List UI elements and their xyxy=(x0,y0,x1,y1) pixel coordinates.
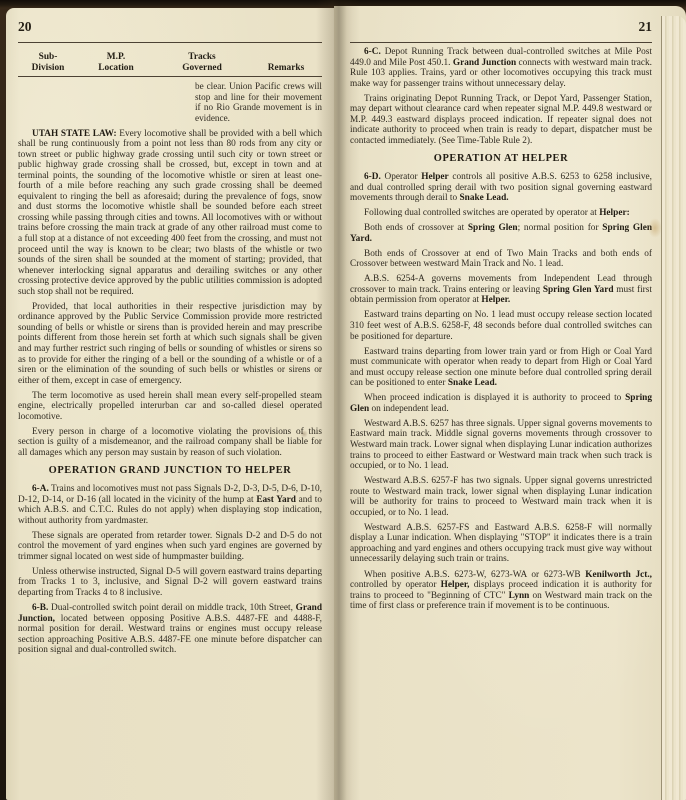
paragraph: 6-C. Depot Running Track between dual-co… xyxy=(350,47,652,89)
paragraph: Unless otherwise instructed, Signal D-5 … xyxy=(18,567,322,599)
paragraph: Provided, that local authorities in thei… xyxy=(18,302,322,386)
column-header-text: Governed xyxy=(154,63,250,74)
table-header-rule xyxy=(18,76,322,77)
column-header-mp-location: M.P. Location xyxy=(78,52,154,73)
body-text: on independent lead. xyxy=(369,404,449,414)
body-text: ; normal position for xyxy=(518,223,603,233)
body-text: located between opposing Positive A.B.S.… xyxy=(18,614,322,656)
body-text: Operator xyxy=(381,172,422,182)
body-text: Westward A.B.S. 6257-F has two signals. … xyxy=(350,476,652,518)
paragraph: Eastward trains departing on No. 1 lead … xyxy=(350,310,652,342)
paragraph: Every person in charge of a locomotive v… xyxy=(18,427,322,459)
bold-text: East Yard xyxy=(256,495,296,505)
bold-text: Grand Junction xyxy=(453,58,516,68)
body-text: Both ends of Crossover at end of Two Mai… xyxy=(350,249,652,270)
body-text: Unless otherwise instructed, Signal D-5 … xyxy=(18,567,322,598)
body-text: Following dual controlled switches are o… xyxy=(364,208,599,218)
paragraph: Westward A.B.S. 6257-FS and Eastward A.B… xyxy=(350,523,652,565)
bold-text: Helper xyxy=(421,172,448,182)
paragraph: Westward A.B.S. 6257 has three signals. … xyxy=(350,419,652,472)
bold-text: Snake Lead. xyxy=(448,378,497,388)
paragraph: Westward A.B.S. 6257-F has two signals. … xyxy=(350,476,652,518)
body-text: Eastward trains departing from lower tra… xyxy=(350,347,652,389)
section-heading: OPERATION GRAND JUNCTION TO HELPER xyxy=(18,466,322,477)
body-text: Both ends of crossover at xyxy=(364,223,468,233)
column-header-text: Sub- xyxy=(18,52,78,63)
body-text: When positive A.B.S. 6273-W, 6273-WA or … xyxy=(364,570,585,580)
page-left-content: 20 Sub- Division M.P. Location Tracks Go… xyxy=(6,8,334,656)
book-spread: 20 Sub- Division M.P. Location Tracks Go… xyxy=(0,0,686,800)
paragraph: 6-D. Operator Helper controls all positi… xyxy=(350,172,652,204)
bold-text: OPERATION GRAND JUNCTION TO HELPER xyxy=(49,465,292,476)
body-text: Provided, that local authorities in thei… xyxy=(18,302,322,386)
page-right: 21 6-C. Depot Running Track between dual… xyxy=(334,6,686,800)
paragraph: 6-B. Dual-controlled switch point derail… xyxy=(18,603,322,656)
bold-text: 6-A. xyxy=(32,484,49,494)
paragraph: These signals are operated from retarder… xyxy=(18,531,322,563)
bold-text: 6-C. xyxy=(364,47,381,57)
page-header-rule-right xyxy=(350,42,652,43)
paragraph: Eastward trains departing from lower tra… xyxy=(350,347,652,389)
bold-text: Helper, xyxy=(441,580,470,590)
table-header: Sub- Division M.P. Location Tracks Gover… xyxy=(18,52,322,73)
paragraph: Trains originating Depot Running Track, … xyxy=(350,94,652,147)
column-header-remarks: Remarks xyxy=(250,63,322,74)
paragraph: When proceed indication is displayed it … xyxy=(350,393,652,414)
body-text: Westward A.B.S. 6257 has three signals. … xyxy=(350,419,652,471)
bold-text: Helper: xyxy=(599,208,629,218)
body-text: Dual-controlled switch point derail on m… xyxy=(48,603,295,613)
page-body-right: 6-C. Depot Running Track between dual-co… xyxy=(350,47,652,612)
paragraph: The term locomotive as used herein shall… xyxy=(18,391,322,423)
page-body-left: UTAH STATE LAW: Every locomotive shall b… xyxy=(18,129,322,656)
bold-text: Snake Lead. xyxy=(459,193,508,203)
page-number-right: 21 xyxy=(639,19,653,34)
body-text: Eastward trains departing on No. 1 lead … xyxy=(350,310,652,341)
bold-text: 6-B. xyxy=(32,603,48,613)
page-number-left: 20 xyxy=(18,19,32,34)
column-header-text: Remarks xyxy=(250,63,322,74)
bold-text: Helper. xyxy=(481,295,510,305)
page-right-content: 21 6-C. Depot Running Track between dual… xyxy=(334,6,686,612)
page-header-left: 20 xyxy=(18,18,322,40)
body-text: Every locomotive shall be provided with … xyxy=(18,129,322,297)
bold-text: Spring Glen xyxy=(468,223,518,233)
body-text: Every person in charge of a locomotive v… xyxy=(18,427,322,458)
bold-text: 6-D. xyxy=(364,172,381,182)
paragraph: UTAH STATE LAW: Every locomotive shall b… xyxy=(18,129,322,298)
column-header-tracks-governed: Tracks Governed xyxy=(154,52,250,73)
column-header-text: Division xyxy=(18,63,78,74)
bold-text: UTAH STATE LAW: xyxy=(32,129,117,139)
bold-text: Lynn xyxy=(509,591,530,601)
body-text: The term locomotive as used herein shall… xyxy=(18,391,322,422)
body-text: When proceed indication is displayed it … xyxy=(364,393,625,403)
paragraph: Following dual controlled switches are o… xyxy=(350,208,652,219)
bold-text: OPERATION AT HELPER xyxy=(434,153,568,164)
page-left: 20 Sub- Division M.P. Location Tracks Go… xyxy=(6,8,334,800)
page-edge-stack xyxy=(661,16,686,800)
column-header-text: Location xyxy=(78,63,154,74)
body-text: These signals are operated from retarder… xyxy=(18,531,322,562)
paragraph: 6-A. Trains and locomotives must not pas… xyxy=(18,484,322,526)
section-heading: OPERATION AT HELPER xyxy=(350,154,652,165)
remarks-continuation-text: be clear. Union Pacific crews will stop … xyxy=(195,81,322,123)
paragraph: Both ends of crossover at Spring Glen; n… xyxy=(350,223,652,244)
paragraph: Both ends of Crossover at end of Two Mai… xyxy=(350,249,652,270)
page-header-rule-left xyxy=(18,42,322,43)
column-header-text: Tracks xyxy=(154,52,250,63)
body-text: Westward A.B.S. 6257-FS and Eastward A.B… xyxy=(350,523,652,565)
body-text: Trains originating Depot Running Track, … xyxy=(350,94,652,146)
column-header-subdivision: Sub- Division xyxy=(18,52,78,73)
body-text: controlled by operator xyxy=(350,580,441,590)
paragraph: When positive A.B.S. 6273-W, 6273-WA or … xyxy=(350,570,652,612)
paragraph: A.B.S. 6254-A governs movements from Ind… xyxy=(350,274,652,306)
page-header-right: 21 xyxy=(350,18,652,40)
bold-text: Spring Glen Yard xyxy=(543,285,614,295)
bold-text: Kenilworth Jct., xyxy=(585,570,652,580)
column-header-text: M.P. xyxy=(78,52,154,63)
